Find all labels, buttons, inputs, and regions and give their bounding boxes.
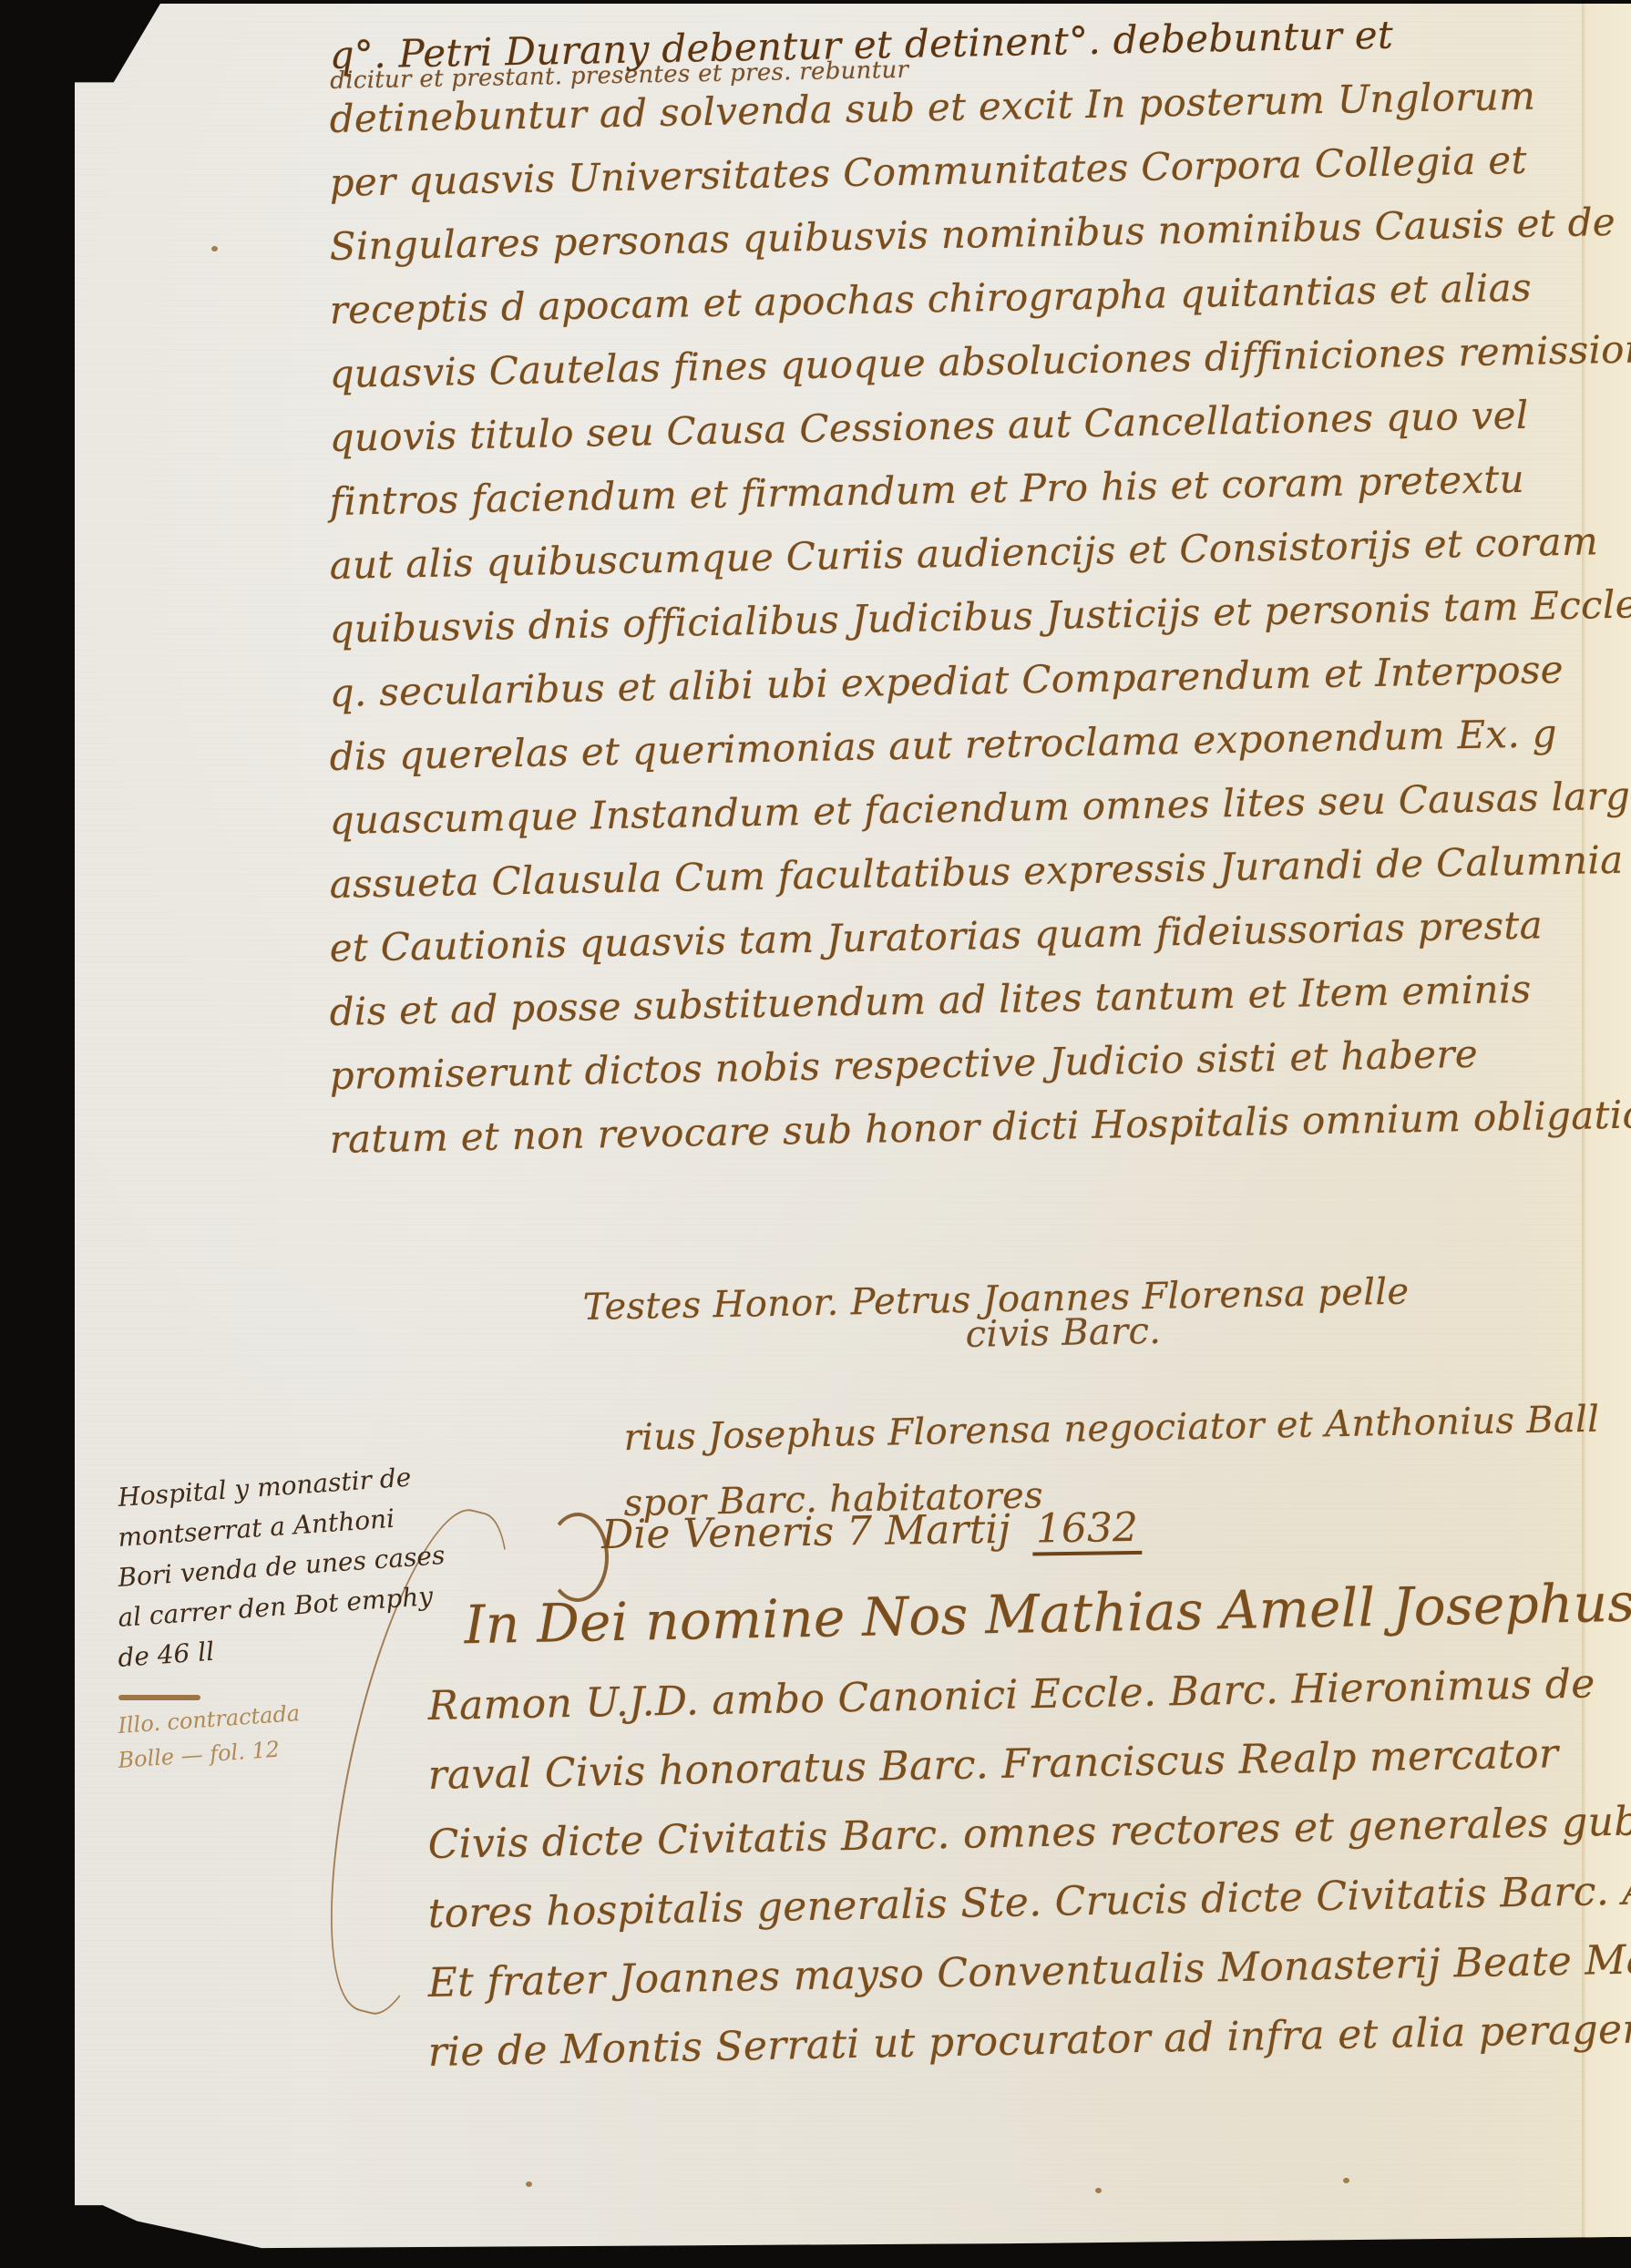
ink-spot [526, 2181, 532, 2187]
marginal-note: Hospital y monastir de montserrat a Anth… [118, 1485, 428, 1784]
ink-spot [1343, 2178, 1349, 2183]
date-text: Die Veneris 7 Martij [601, 1506, 1011, 1558]
initial-loop-ornament [547, 1513, 609, 1602]
date-year: 1632 [1032, 1504, 1143, 1556]
date-heading: Die Veneris 7 Martij 1632 [601, 1504, 1143, 1558]
deed-text-block: In Dei nomine Nos Mathias Amell Josephus… [428, 1599, 1613, 2102]
ink-spot [211, 246, 218, 251]
ink-spot [1095, 2188, 1102, 2193]
main-text-block: q°. Petri Durany debentur et detinent°. … [330, 36, 1505, 1185]
strikethrough-mark [118, 1695, 200, 1700]
